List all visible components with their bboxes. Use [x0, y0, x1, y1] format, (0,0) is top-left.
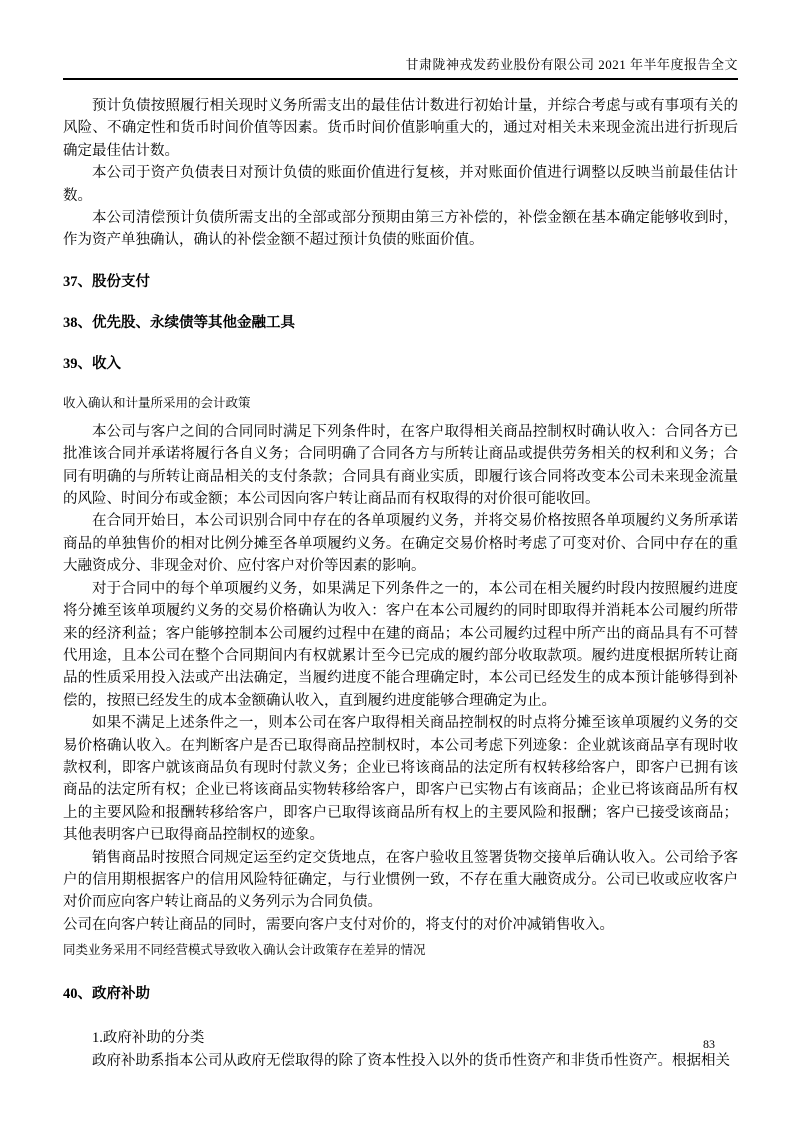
paragraph-provision-compensation: 本公司清偿预计负债所需支出的全部或部分预期由第三方补偿的，补偿金额在基本确定能够… — [63, 207, 738, 252]
paragraph-provision-review: 本公司于资产负债表日对预计负债的账面价值进行复核，并对账面价值进行调整以反映当前… — [63, 162, 738, 207]
paragraph-gov-grant-definition: 政府补助系指本公司从政府无偿取得的除了资本性投入以外的货币性资产和非货币性资产。… — [63, 1050, 738, 1072]
paragraph-revenue-contract-conditions: 本公司与客户之间的合同同时满足下列条件时，在客户取得相关商品控制权时确认收入：合… — [63, 421, 738, 511]
paragraph-revenue-transaction-price: 在合同开始日，本公司识别合同中存在的各单项履约义务，并将交易价格按照各单项履约义… — [63, 510, 738, 577]
paragraph-revenue-goods-delivery: 销售商品时按照合同规定运至约定交货地点，在客户验收且签署货物交接单后确认收入。公… — [63, 847, 738, 914]
revenue-difference-label: 同类业务采用不同经营模式导致收入确认会计政策存在差异的情况 — [63, 941, 738, 959]
revenue-policy-label: 收入确认和计量所采用的会计政策 — [63, 394, 738, 412]
paragraph-revenue-consideration-offset: 公司在向客户转让商品的同时，需要向客户支付对价的，将支付的对价冲减销售收入。 — [63, 914, 738, 936]
section-heading-39-revenue: 39、收入 — [63, 353, 738, 375]
paragraph-provision-measurement: 预计负债按照履行相关现时义务所需支出的最佳估计数进行初始计量，并综合考虑与或有事… — [63, 95, 738, 162]
page-header-title: 甘肃陇神戎发药业股份有限公司 2021 年半年度报告全文 — [63, 56, 738, 80]
section-heading-40-government-grants: 40、政府补助 — [63, 983, 738, 1005]
paragraph-gov-grant-classification-title: 1.政府补助的分类 — [63, 1027, 738, 1049]
report-page: 甘肃陇神戎发药业股份有限公司 2021 年半年度报告全文 预计负债按照履行相关现… — [0, 0, 793, 1122]
paragraph-revenue-performance-obligation: 对于合同中的每个单项履约义务，如果满足下列条件之一的，本公司在相关履约时段内按照… — [63, 578, 738, 712]
section-heading-37-share-payment: 37、股份支付 — [63, 271, 738, 293]
section-heading-38-preferred-shares: 38、优先股、永续债等其他金融工具 — [63, 312, 738, 334]
paragraph-revenue-control-transfer: 如果不满足上述条件之一，则本公司在客户取得相关商品控制权的时点将分摊至该单项履约… — [63, 712, 738, 846]
page-number: 83 — [703, 1037, 715, 1051]
page-content: 预计负债按照履行相关现时义务所需支出的最佳估计数进行初始计量，并综合考虑与或有事… — [63, 80, 738, 1072]
